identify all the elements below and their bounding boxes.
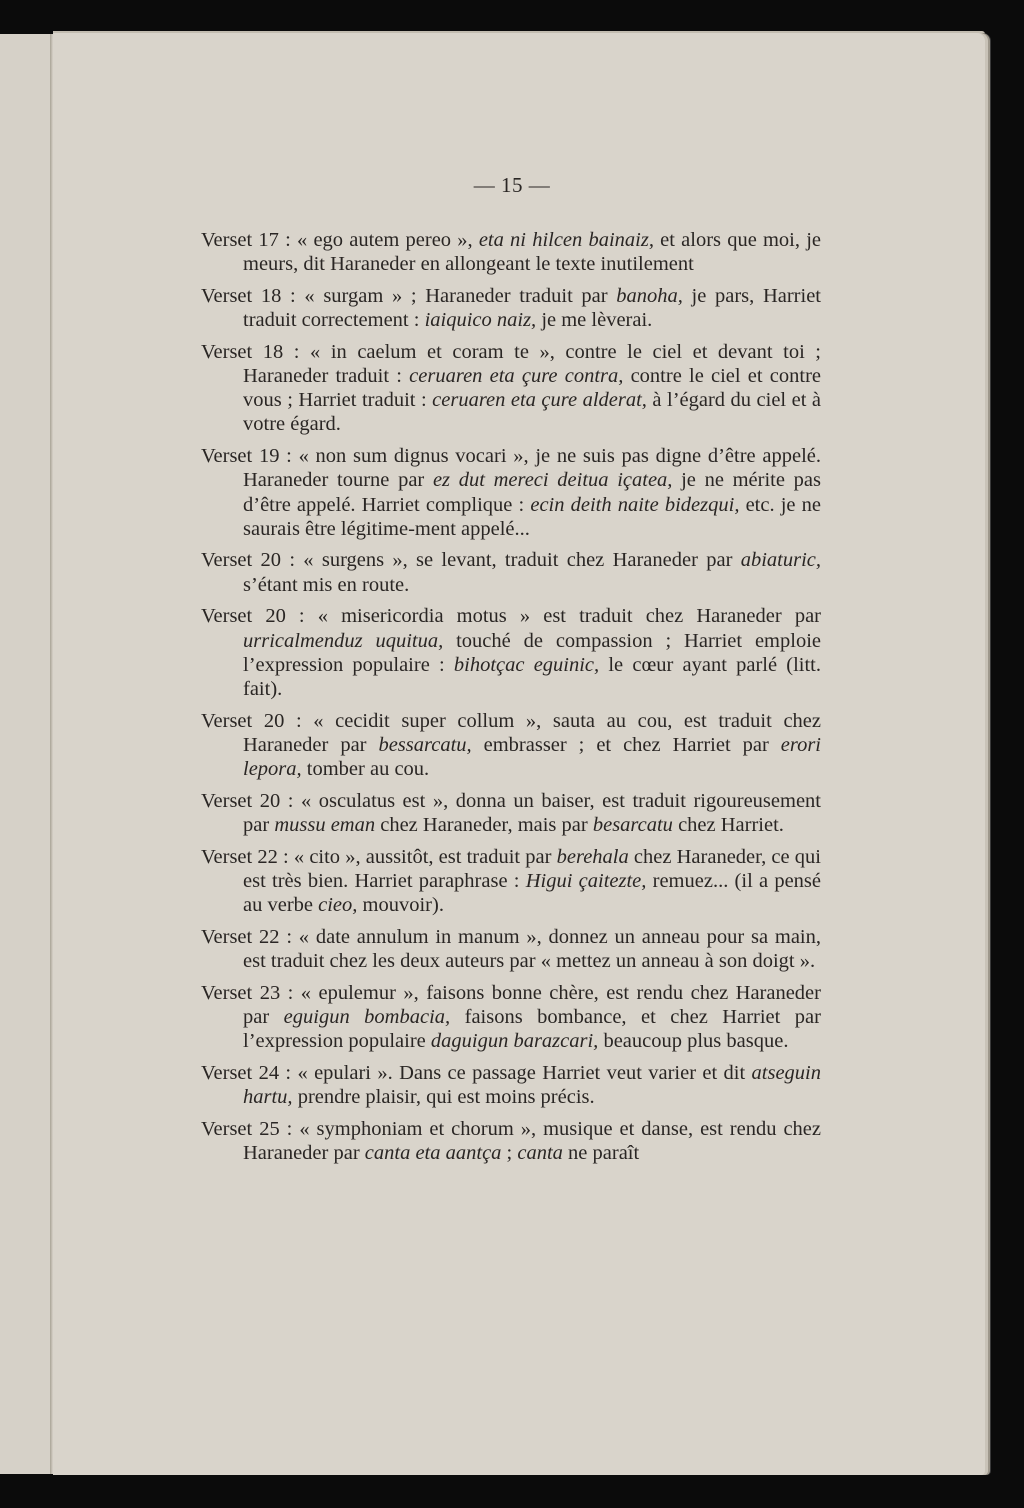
verse-entry: Verset 20 : « misericordia motus » est t… [201,604,821,701]
page-number: — 15 — [0,173,1024,198]
facing-page-edge [0,34,53,1474]
basque-term: Higui çaitezte, [526,870,647,892]
basque-term: iaiquico naiz, [425,309,537,331]
basque-term: ceruaren eta çure contra, [409,365,623,387]
basque-term: cieo, [318,894,357,916]
basque-term: atseguin hartu, [243,1062,821,1108]
verse-entry: Verset 22 : « cito », aussitôt, est trad… [201,845,821,918]
basque-term: abiaturic, [741,549,821,571]
page-body: Verset 17 : « ego autem pereo », eta ni … [201,228,821,1173]
basque-term: bessarcatu, [378,734,471,756]
verse-entry: Verset 25 : « symphoniam et chorum », mu… [201,1117,821,1165]
verse-entry: Verset 22 : « date annulum in manum », d… [201,925,821,973]
verse-entry: Verset 17 : « ego autem pereo », eta ni … [201,228,821,276]
verse-entry: Verset 18 : « surgam » ; Haraneder tradu… [201,284,821,332]
verse-entry: Verset 24 : « epulari ». Dans ce passage… [201,1061,821,1109]
basque-term: besarcatu [593,814,673,836]
basque-term: eguigun bombacia, [284,1006,451,1028]
verse-entry: Verset 20 : « cecidit super collum », sa… [201,709,821,782]
basque-term: bihotçac eguinic, [454,654,599,676]
verse-entry: Verset 23 : « epulemur », faisons bonne … [201,981,821,1054]
basque-term: canta [517,1142,563,1164]
verse-entry: Verset 19 : « non sum dignus vocari », j… [201,444,821,541]
verse-entry: Verset 20 : « osculatus est », donna un … [201,789,821,837]
basque-term: canta eta aantça [365,1142,502,1164]
basque-term: erori lepora, [243,734,821,780]
basque-term: ceruaren eta çure alderat, [432,389,647,411]
basque-term: eta ni hilcen bainaiz, [479,229,654,251]
basque-term: berehala [557,846,629,868]
basque-term: daguigun barazcari, [431,1030,598,1052]
verse-entry: Verset 18 : « in caelum et coram te », c… [201,340,821,437]
basque-term: ecin deith naite bidezqui, [530,494,739,516]
basque-term: mussu eman [274,814,375,836]
basque-term: urricalmenduz uquitua, [243,630,443,652]
verse-entry: Verset 20 : « surgens », se levant, trad… [201,548,821,596]
basque-term: banoha, [616,285,683,307]
basque-term: ez dut mereci deitua içatea, [433,469,672,491]
